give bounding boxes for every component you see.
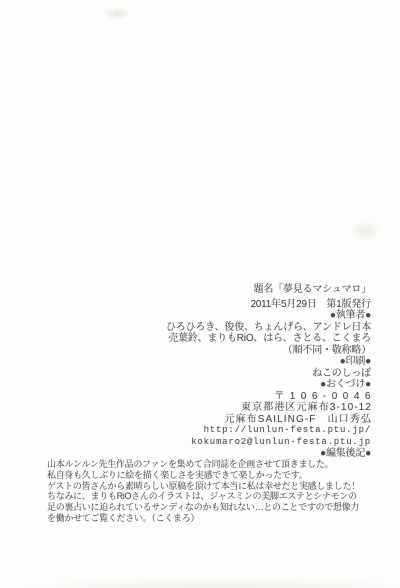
afterword-line-4: ちなみに、まりもRiOさんのイラストは、ジャスミンの美脚エステとシナモンの <box>47 491 360 502</box>
address-line1: 東京都港区元麻布3-10-12 <box>166 402 372 414</box>
afterword-line-2: 私自身も久しぶりに絵を描く楽しさを実感できて楽しかったです。 <box>47 470 360 481</box>
printer-name: ねこのしっぽ <box>166 368 371 380</box>
writers-section-header: ●執筆者● <box>166 310 371 322</box>
scanned-colophon-page: 題名「夢見るマシュマロ」 2011年5月29日 第1版発行 ●執筆者● ひろひろ… <box>0 0 400 588</box>
printing-section-header: ●印刷● <box>166 356 371 368</box>
afterword-line-3: ゲストの皆さんから素晴らしい原稿を頂けて本当に私は幸せだと実感しました！ <box>47 481 360 492</box>
afterword-line-6: を働かせてご覧ください。（こくまろ） <box>47 513 360 524</box>
afterword-line-5: 足の裏占いに迫られているサンディなのかも知れない…とのことですので想像力 <box>47 502 360 513</box>
email-address: kokumaro2@lunlun-festa.ptu.jp <box>166 437 371 449</box>
colophon-block: 題名「夢見るマシュマロ」 2011年5月29日 第1版発行 ●執筆者● ひろひろ… <box>166 284 371 460</box>
publication-date: 2011年5月29日 第1版発行 <box>166 299 371 311</box>
book-title: 題名「夢見るマシュマロ」 <box>166 284 371 296</box>
writers-names-line1: ひろひろき、俊俊、ちょんげら、アンドレ日本 <box>166 322 371 334</box>
afterword-line-1: 山本ルンルン先生作品のファンを集めて合同誌を企画させて頂きました。 <box>47 459 360 470</box>
address-line2: 元麻布SAILING-F 山口秀弘 <box>166 414 372 426</box>
okuzuke-section-header: ●おくづけ● <box>166 379 371 391</box>
postal-code: 〒106-0046 <box>166 391 376 403</box>
scan-smudge-right <box>350 220 380 242</box>
website-url: http://lunlun-festa.ptu.jp/ <box>166 425 371 437</box>
afterword-section-header: ●編集後記● <box>166 448 371 460</box>
scan-smudge-top <box>104 7 130 20</box>
scan-smudge-bottom <box>0 576 400 588</box>
afterword-paragraph: 山本ルンルン先生作品のファンを集めて合同誌を企画させて頂きました。 私自身も久し… <box>47 459 360 524</box>
writers-names-line2: 売葉鈴、まりもRiO、はら、さとる、こくまろ <box>166 333 371 345</box>
writers-order-note: （順不同・敬称略） <box>166 345 371 357</box>
